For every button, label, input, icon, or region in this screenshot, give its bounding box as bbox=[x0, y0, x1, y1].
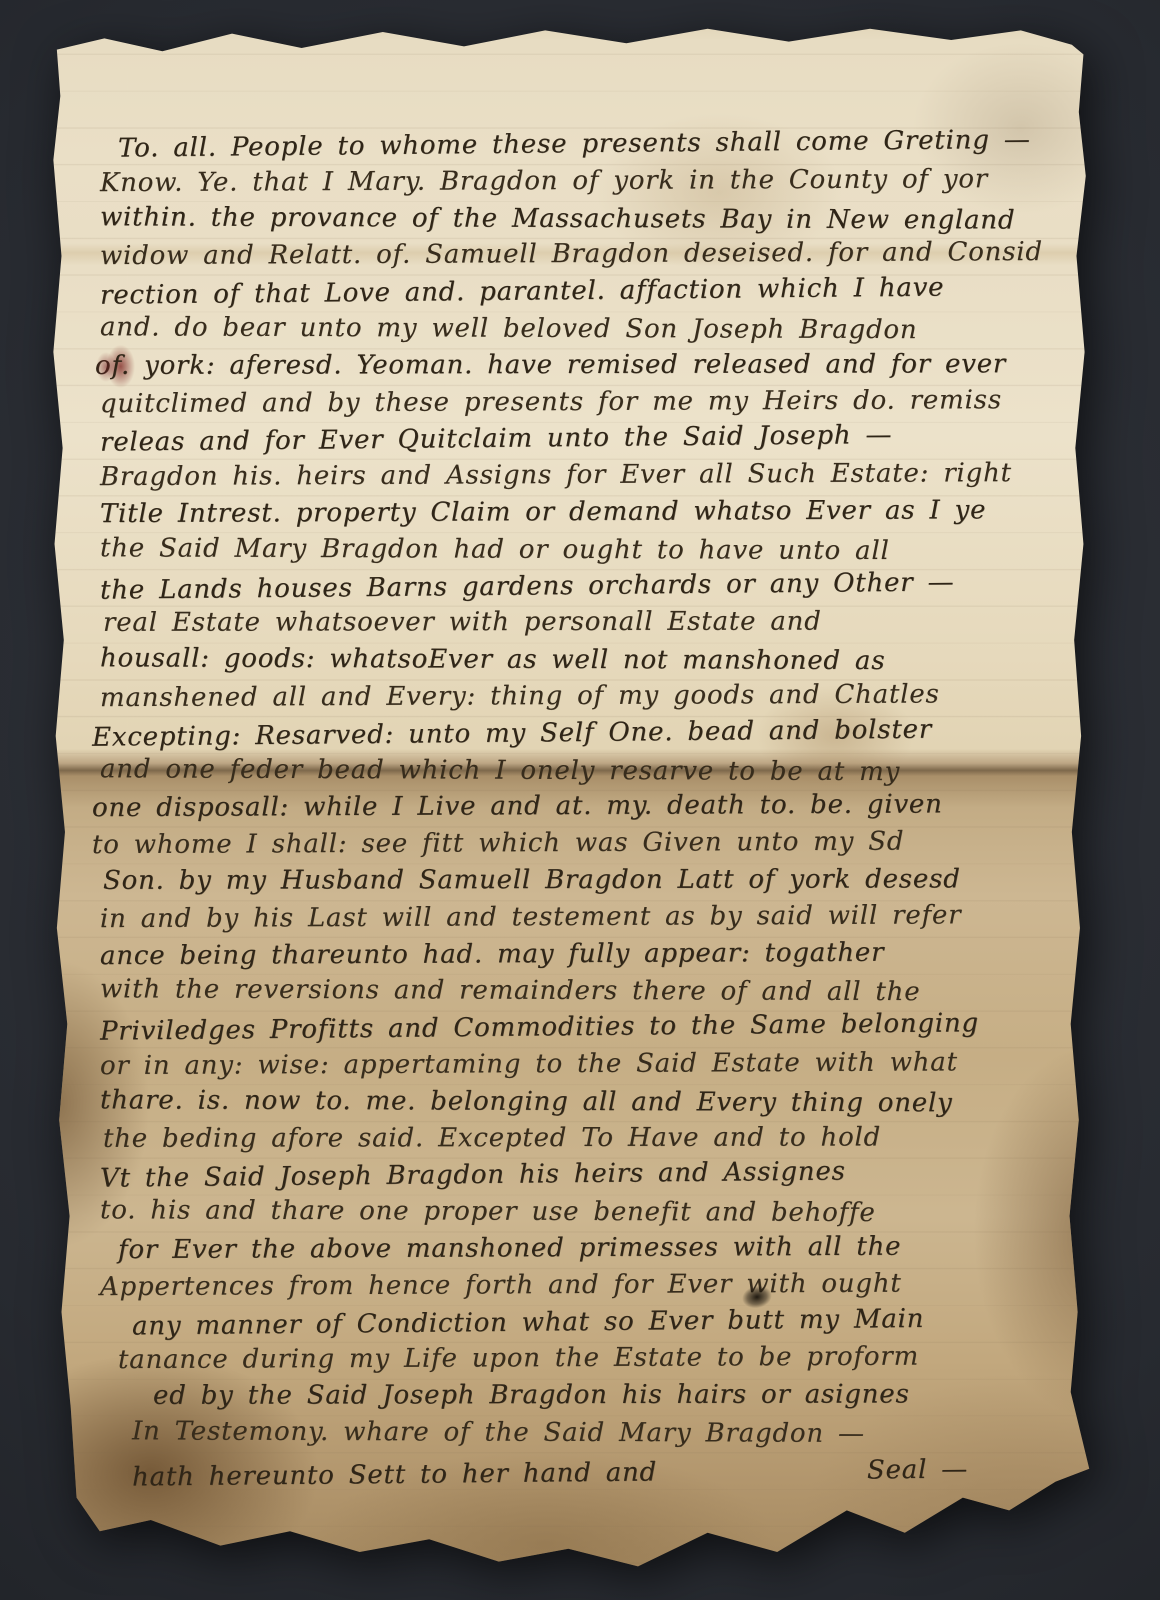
manuscript-line: one disposall: while I Live and at. my. … bbox=[92, 786, 1072, 827]
manuscript-paper: To. all. People to whome these presents … bbox=[0, 0, 1160, 1600]
manuscript-line: the Lands houses Barns gardens orchards … bbox=[100, 563, 1072, 609]
manuscript-line: Know. Ye. that I Mary. Bragdon of york i… bbox=[100, 161, 1072, 202]
manuscript-line: the beding afore said. Excepted To Have … bbox=[103, 1119, 1075, 1157]
manuscript-line: ed by the Said Joseph Bragdon his hairs … bbox=[153, 1376, 1075, 1414]
manuscript-line: for Ever the above manshoned primesses w… bbox=[118, 1228, 1072, 1269]
manuscript-line: Son. by my Husband Samuell Bragdon Latt … bbox=[103, 861, 1075, 899]
manuscript-line: within. the provance of the Massachusets… bbox=[100, 199, 1072, 239]
seal-word: Seal — bbox=[867, 1451, 968, 1489]
manuscript-paper-wrap: To. all. People to whome these presents … bbox=[0, 0, 1160, 1600]
manuscript-text: To. all. People to whome these presents … bbox=[100, 126, 1072, 1491]
manuscript-line: ance being thareunto had. may fully appe… bbox=[100, 933, 1072, 974]
manuscript-line: real Estate whatsoever with personall Es… bbox=[103, 604, 1075, 642]
manuscript-line: in and by his Last will and testement as… bbox=[100, 897, 1072, 938]
manuscript-line: and one feder bead which I onely resarve… bbox=[100, 751, 1072, 791]
manuscript-line: rection of that Love and. parantel. affa… bbox=[100, 269, 1072, 315]
manuscript-line: of. york: aferesd. Yeoman. have remised … bbox=[95, 346, 1075, 385]
manuscript-line: housall: goods: whatsoEver as well not m… bbox=[100, 640, 1072, 680]
manuscript-line: Appertences from hence forth and for Eve… bbox=[100, 1265, 1072, 1306]
manuscript-line: Vt the Said Joseph Bragdon his heirs and… bbox=[100, 1152, 1072, 1198]
manuscript-line: tanance during my Life upon the Estate t… bbox=[118, 1338, 1072, 1379]
manuscript-line: to whome I shall: see fitt which was Giv… bbox=[92, 823, 1072, 864]
red-smudge-mark bbox=[96, 352, 116, 382]
manuscript-line: Bragdon his. heirs and Assigns for Ever … bbox=[100, 455, 1072, 496]
manuscript-line: To. all. People to whome these presents … bbox=[118, 121, 1072, 167]
manuscript-line: thare. is. now to. me. belonging all and… bbox=[100, 1082, 1072, 1122]
closing-text: hath hereunto Sett to her hand and bbox=[132, 1454, 657, 1496]
manuscript-line: Excepting: Resarved: unto my Self One. b… bbox=[92, 710, 1072, 756]
manuscript-line: Title Intrest. property Claim or demand … bbox=[100, 492, 1072, 533]
manuscript-line: or in any: wise: appertaming to the Said… bbox=[100, 1044, 1072, 1085]
manuscript-closing-line: hath hereunto Sett to her hand and Seal … bbox=[132, 1450, 1072, 1496]
manuscript-line: to. his and thare one proper use benefit… bbox=[100, 1192, 1072, 1232]
manuscript-line: In Testemony. whare of the Said Mary Bra… bbox=[132, 1413, 1072, 1453]
photo-backdrop: To. all. People to whome these presents … bbox=[0, 0, 1160, 1600]
manuscript-line: and. do bear unto my well beloved Son Jo… bbox=[100, 309, 1072, 349]
